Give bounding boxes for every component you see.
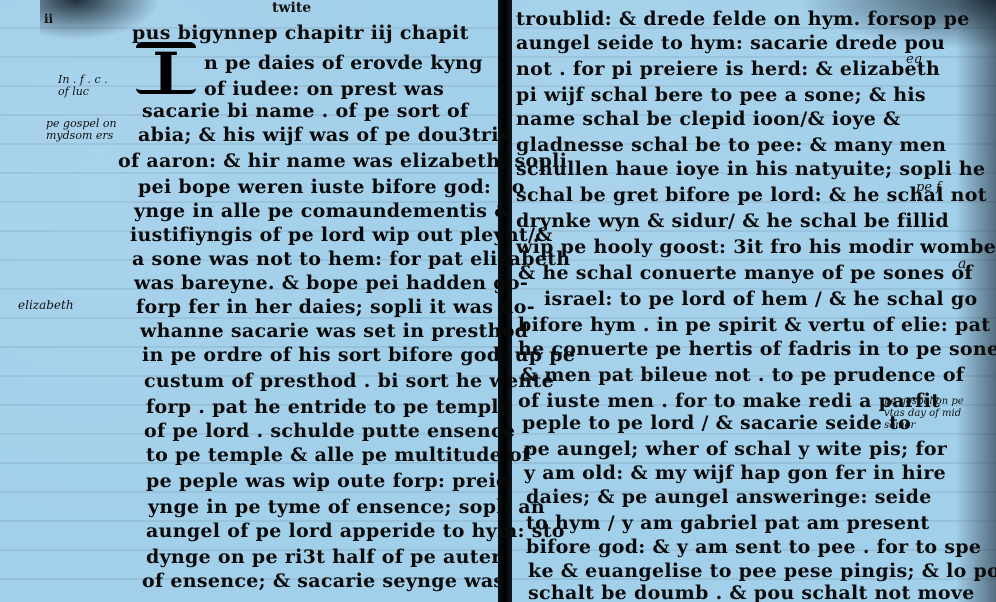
text-line: & he schal conuerte manye of pe sones of — [518, 262, 973, 284]
decorated-initial: I — [136, 42, 196, 94]
text-line: daies; & pe aungel answeringe: seide — [526, 486, 932, 508]
text-line: troublid: & drede felde on hym. forsop p… — [516, 8, 970, 30]
text-line: of ensence; & sacarie seynge was — [142, 570, 504, 592]
headnote: twite — [272, 0, 311, 16]
text-line: of iudee: on prest was — [204, 78, 444, 100]
margin-note: a — [958, 256, 966, 272]
margin-note: pe gospel on pe vtas day of mid somer — [884, 396, 984, 432]
text-line: custum of presthod . bi sort he wente — [144, 370, 554, 392]
text-line: aungel of pe lord apperide to hym: sto — [146, 520, 565, 542]
text-line: of iuste men . for to make redi a parfit — [518, 390, 940, 412]
margin-note: In . f . c . of luc — [58, 74, 118, 98]
margin-note: elizabeth — [18, 298, 74, 312]
text-line: n pe daies of erovde kyng — [204, 52, 483, 74]
text-line: wip pe hooly goost: 3it fro his modir wo… — [516, 236, 996, 258]
text-line: whanne sacarie was set in presthod — [140, 320, 528, 342]
margin-note: pe gospel on mydsom ers — [46, 118, 124, 142]
text-line: ke & euangelise to pee pese pingis; & lo… — [528, 560, 996, 582]
text-line: bifore hym . in pe spirit & vertu of eli… — [518, 314, 990, 336]
text-line: drynke wyn & sidur/ & he schal be fillid — [516, 210, 949, 232]
text-line: pe aungel; wher of schal y wite pis; for — [524, 438, 947, 460]
text-line: not . for pi preiere is herd: & elizabet… — [516, 58, 940, 80]
text-line: y am old: & my wijf hap gon fer in hire — [524, 462, 946, 484]
text-line: forp fer in her daies; sopli it was do- — [136, 296, 535, 318]
margin-note: pe f — [916, 180, 941, 195]
text-line: schalt be doumb . & pou schalt not move — [528, 582, 975, 602]
text-line: ynge in alle pe comaundementis & — [134, 200, 512, 222]
text-line: & men pat bileue not . to pe prudence of — [520, 364, 964, 386]
text-line: pi wijf schal bere to pee a sone; & his — [516, 84, 926, 106]
text-line: iustifiyngis of pe lord wip out pleynt/& — [130, 224, 553, 246]
text-line: of aaron: & hir name was elizabeth; sopl… — [118, 150, 567, 172]
text-line: to hym / y am gabriel pat am present — [526, 512, 929, 534]
margin-note: eq . — [906, 52, 930, 67]
text-line: abia; & his wijf was of pe dou3tris — [138, 124, 510, 146]
text-line: forp . pat he entride to pe temple — [146, 396, 511, 418]
text-line: pei bope weren iuste bifore god: go — [138, 176, 525, 198]
text-line: to pe temple & alle pe multitude of — [146, 444, 531, 466]
text-line: a sone was not to hem: for pat elizabeth — [132, 248, 570, 270]
text-line: ynge in pe tyme of ensence; sopli an — [148, 496, 545, 518]
text-line: israel: to pe lord of hem / & he schal g… — [544, 288, 977, 310]
text-line: sacarie bi name . of pe sort of — [142, 100, 468, 122]
text-line: aungel seide to hym: sacarie drede pou — [516, 32, 945, 54]
text-line: pus bigynnep chapitr iij chapit — [132, 22, 469, 44]
text-line: gladnesse schal be to pee: & many men — [516, 134, 946, 156]
text-line: schullen haue ioye in his natyuite; sopl… — [516, 158, 985, 180]
folio-mark: ii — [44, 12, 53, 26]
text-line: dynge on pe ri3t half of pe auter — [146, 546, 502, 568]
text-line: bifore god: & y am sent to pee . for to … — [526, 536, 981, 558]
text-line: pe peple was wip oute forp: preie — [146, 470, 508, 492]
text-line: he conuerte pe hertis of fadris in to pe… — [518, 338, 996, 360]
text-line: of pe lord . schulde putte ensence — [144, 420, 515, 442]
text-line: in pe ordre of his sort bifore god: up p… — [142, 344, 575, 366]
text-line: was bareyne. & bope pei hadden go- — [134, 272, 528, 294]
text-line: name schal be clepid ioon/& ioye & — [516, 108, 901, 130]
text-line: peple to pe lord / & sacarie seide to — [522, 412, 911, 434]
